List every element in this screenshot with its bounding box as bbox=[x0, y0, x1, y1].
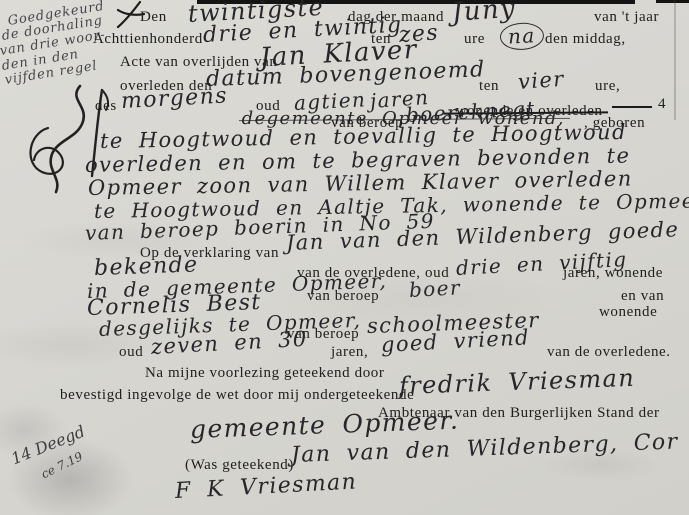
handwritten-text: boer bbox=[408, 275, 461, 302]
printed-text: van 't jaar bbox=[594, 9, 659, 26]
handwritten-text: fredrik Vriesman bbox=[399, 364, 636, 400]
printed-text: wonende bbox=[599, 304, 657, 321]
printed-text: oud bbox=[119, 344, 143, 361]
handwritten-text: F K Vriesman bbox=[174, 469, 357, 504]
printed-text: van de overledene. bbox=[547, 344, 671, 361]
printed-text: Na mijne voorlezing geteekend door bbox=[145, 365, 385, 382]
handwritten-text: na bbox=[499, 22, 544, 51]
handwritten-text: vier bbox=[517, 67, 565, 94]
printed-text: ure bbox=[464, 31, 485, 48]
strike-extension-line bbox=[612, 106, 652, 108]
printed-text: van beroep bbox=[307, 288, 379, 305]
death-certificate-scan: Goedgekeurd de doorhaling van drie woor-… bbox=[0, 0, 689, 515]
printed-text: Achttienhonderd bbox=[93, 31, 203, 48]
printed-text: den middag, bbox=[545, 31, 626, 48]
printed-text: 4 bbox=[658, 96, 666, 113]
printed-text: Den bbox=[140, 9, 167, 26]
printed-text: bevestigd ingevolge de wet door mij onde… bbox=[60, 387, 414, 404]
handwritten-text: morgens bbox=[120, 83, 228, 114]
printed-text: (Was geteekend) bbox=[185, 457, 294, 474]
printed-text: jaren, bbox=[331, 344, 368, 361]
printed-text: des bbox=[95, 98, 117, 115]
printed-text: jaren, wonende bbox=[563, 265, 663, 282]
page-fold-line bbox=[674, 0, 676, 120]
scan-edge-bar-right bbox=[656, 0, 689, 3]
printed-text: en van bbox=[621, 288, 664, 305]
printed-text: ure, bbox=[595, 78, 620, 95]
printed-text: ten bbox=[479, 78, 499, 95]
